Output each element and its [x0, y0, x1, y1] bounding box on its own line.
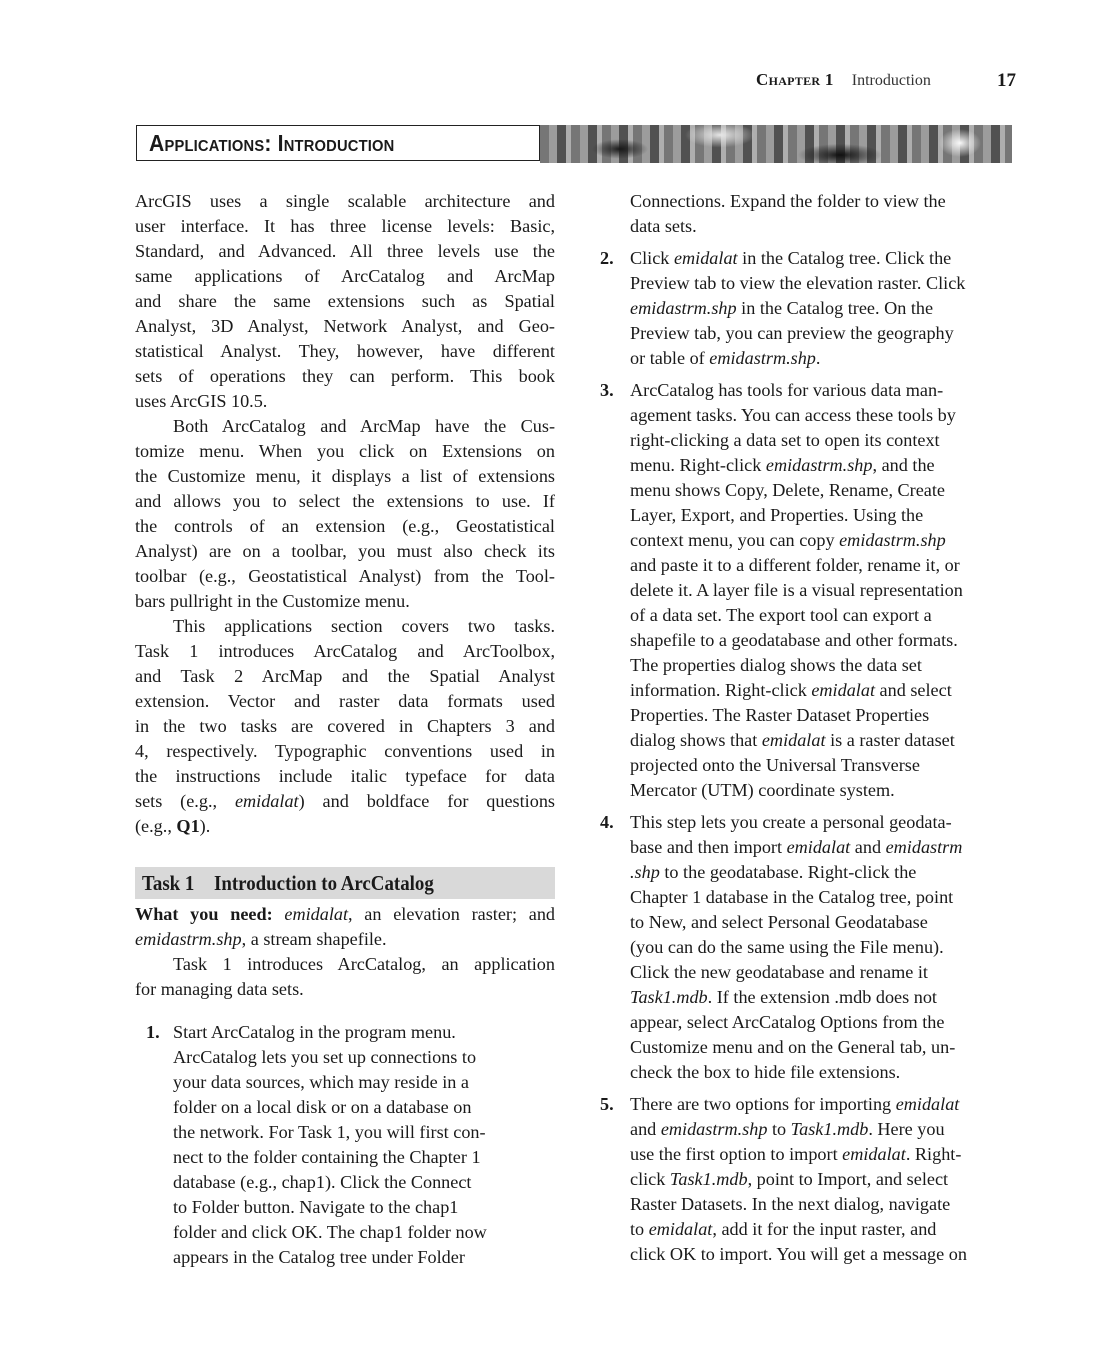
text-line: Properties. The Raster Dataset Propertie…	[630, 703, 1008, 728]
text-line: and Task 2 ArcMap and the Spatial Analys…	[135, 664, 555, 689]
text-line: Both ArcCatalog and ArcMap have the Cus-	[135, 414, 555, 439]
task-header: Task 1 Introduction to ArcCatalog	[135, 867, 555, 899]
text-line: There are two options for importing emid…	[630, 1092, 1008, 1117]
text-line: Layer, Export, and Properties. Using the	[630, 503, 1008, 528]
steps-list: 1. Start ArcCatalog in the program menu.…	[135, 1020, 555, 1270]
text-line: check the box to hide file extensions.	[630, 1060, 1008, 1085]
running-head-title: Introduction	[852, 72, 931, 90]
text-line: agement tasks. You can access these tool…	[630, 403, 1008, 428]
intro-paragraph-3: This applications section covers two tas…	[135, 614, 555, 839]
text-line: projected onto the Universal Transverse	[630, 753, 1008, 778]
need-label: What you need:	[135, 904, 273, 924]
step-body: This step lets you create a personal geo…	[630, 810, 1008, 1085]
text: to	[630, 1219, 649, 1239]
text: , add it for the input raster, and	[712, 1219, 936, 1239]
text-line: Analyst) are on a toolbar, you must also…	[135, 539, 555, 564]
text: . Here you	[868, 1119, 944, 1139]
text-line: delete it. A layer file is a visual repr…	[630, 578, 1008, 603]
running-head-chapter: Chapter 1	[756, 70, 834, 90]
text-line: and share the same extensions such as Sp…	[135, 289, 555, 314]
right-column: Connections. Expand the folder to view t…	[600, 189, 1008, 1274]
task-intro: Task 1 introduces ArcCatalog, an applica…	[135, 952, 555, 1002]
text-line: Connections. Expand the folder to view t…	[630, 189, 1008, 214]
text-line: Customize menu and on the General tab, u…	[630, 1035, 1008, 1060]
text-line: dialog shows that emidalat is a raster d…	[630, 728, 1008, 753]
text-line: to Folder button. Navigate to the chap1	[173, 1195, 555, 1220]
step-1-continued: Connections. Expand the folder to view t…	[600, 189, 1008, 239]
text-line: ArcCatalog lets you set up connections t…	[173, 1045, 555, 1070]
text-line: the network. For Task 1, you will first …	[173, 1120, 555, 1145]
text-line: click Task1.mdb, point to Import, and se…	[630, 1167, 1008, 1192]
text: in the Catalog tree. Click the	[738, 248, 952, 268]
text-line: folder on a local disk or on a database …	[173, 1095, 555, 1120]
dataset-name: .shp	[630, 862, 660, 882]
text-line: Click the new geodatabase and rename it	[630, 960, 1008, 985]
text: in the Catalog tree. On the	[737, 298, 933, 318]
text: . Right-	[906, 1144, 962, 1164]
text: . If the extension .mdb does not	[708, 987, 937, 1007]
text-line: menu. Right-click emidastrm.shp, and the	[630, 453, 1008, 478]
text: There are two options for importing	[630, 1094, 896, 1114]
intro-paragraph-2: Both ArcCatalog and ArcMap have the Cus-…	[135, 414, 555, 614]
text-line: base and then import emidalat and emidas…	[630, 835, 1008, 860]
text-line: Chapter 1 database in the Catalog tree, …	[630, 885, 1008, 910]
text-line: ArcCatalog has tools for various data ma…	[630, 378, 1008, 403]
text: , an elevation raster; and	[348, 904, 555, 924]
section-title: Applications: Introduction	[149, 130, 394, 157]
dataset-name: emidalat	[649, 1219, 713, 1239]
step-number: 4.	[600, 810, 630, 1085]
text-line: Mercator (UTM) coordinate system.	[630, 778, 1008, 803]
text-line: click OK to import. You will get a messa…	[630, 1242, 1008, 1267]
text-line: Preview tab to view the elevation raster…	[630, 271, 1008, 296]
text-line: (e.g., Q1).	[135, 814, 555, 839]
text-line: Standard, and Advanced. All three levels…	[135, 239, 555, 264]
text-line: or table of emidastrm.shp.	[630, 346, 1008, 371]
text: is a raster dataset	[826, 730, 955, 750]
text-line: and paste it to a different folder, rena…	[630, 553, 1008, 578]
question-label: Q1	[176, 816, 199, 836]
text: and	[850, 837, 885, 857]
step-number: 1.	[135, 1020, 173, 1270]
text-line: for managing data sets.	[135, 977, 555, 1002]
text: , and the	[872, 455, 934, 475]
dataset-name: emidastrm.shp	[709, 348, 816, 368]
text-line: What you need: emidalat, an elevation ra…	[135, 902, 555, 927]
section-banner-box: Applications: Introduction	[136, 125, 540, 161]
banner-decorative-image	[540, 125, 1012, 163]
text: (e.g.,	[135, 816, 176, 836]
text-line: uses ArcGIS 10.5.	[135, 389, 555, 414]
step-body: Click emidalat in the Catalog tree. Clic…	[630, 246, 1008, 371]
step-body: ArcCatalog has tools for various data ma…	[630, 378, 1008, 803]
text-line: ArcGIS uses a single scalable architectu…	[135, 189, 555, 214]
text-line: extension. Vector and raster data format…	[135, 689, 555, 714]
text-line: same applications of ArcCatalog and ArcM…	[135, 264, 555, 289]
text: , point to Import, and select	[748, 1169, 949, 1189]
text: click	[630, 1169, 670, 1189]
text-line: data sets.	[630, 214, 1008, 239]
section-banner: Applications: Introduction	[136, 125, 1012, 163]
dataset-name: emidalat	[762, 730, 826, 750]
text: use the first option to import	[630, 1144, 842, 1164]
text-line: Raster Datasets. In the next dialog, nav…	[630, 1192, 1008, 1217]
text-line: and allows you to select the extensions …	[135, 489, 555, 514]
text: .	[816, 348, 821, 368]
text-line: use the first option to import emidalat.…	[630, 1142, 1008, 1167]
dataset-name: emidastrm.shp	[661, 1119, 768, 1139]
dataset-name: Task1.mdb	[630, 987, 708, 1007]
text: or table of	[630, 348, 709, 368]
text-line: emidastrm.shp in the Catalog tree. On th…	[630, 296, 1008, 321]
text-line: nect to the folder containing the Chapte…	[173, 1145, 555, 1170]
text: and select	[875, 680, 952, 700]
step-4: 4. This step lets you create a personal …	[600, 810, 1008, 1085]
dataset-name: emidastrm.shp	[135, 929, 242, 949]
text-line: menu shows Copy, Delete, Rename, Create	[630, 478, 1008, 503]
dataset-name: emidalat	[842, 1144, 906, 1164]
text-line: sets (e.g., emidalat) and boldface for q…	[135, 789, 555, 814]
text-line: (you can do the same using the File menu…	[630, 935, 1008, 960]
text-line: .shp to the geodatabase. Right-click the	[630, 860, 1008, 885]
step-body: There are two options for importing emid…	[630, 1092, 1008, 1267]
dataset-name: Task1.mdb	[791, 1119, 869, 1139]
dataset-name: emidalat	[787, 837, 851, 857]
text-line: Task 1 introduces ArcCatalog and ArcTool…	[135, 639, 555, 664]
step-1: 1. Start ArcCatalog in the program menu.…	[135, 1020, 555, 1270]
dataset-name: emidastrm.shp	[766, 455, 873, 475]
dataset-name: emidastrm	[886, 837, 963, 857]
text-line: emidastrm.shp, a stream shapefile.	[135, 927, 555, 952]
dataset-name: emidastrm.shp	[630, 298, 737, 318]
text: base and then import	[630, 837, 787, 857]
text: information. Right-click	[630, 680, 811, 700]
text-line: appears in the Catalog tree under Folder	[173, 1245, 555, 1270]
text-line: This step lets you create a personal geo…	[630, 810, 1008, 835]
dataset-name: Task1.mdb	[670, 1169, 748, 1189]
text-line: toolbar (e.g., Geostatistical Analyst) f…	[135, 564, 555, 589]
text-line: shapefile to a geodatabase and other for…	[630, 628, 1008, 653]
running-head: Chapter 1 Introduction 17	[756, 70, 1016, 94]
step-number: 3.	[600, 378, 630, 803]
dataset-name: emidastrm.shp	[839, 530, 946, 550]
text-line: Analyst, 3D Analyst, Network Analyst, an…	[135, 314, 555, 339]
text-line: your data sources, which may reside in a	[173, 1070, 555, 1095]
step-3: 3. ArcCatalog has tools for various data…	[600, 378, 1008, 803]
text: dialog shows that	[630, 730, 762, 750]
text-line: Task 1 introduces ArcCatalog, an applica…	[135, 952, 555, 977]
text-line: bars pullright in the Customize menu.	[135, 589, 555, 614]
text-line: sets of operations they can perform. Thi…	[135, 364, 555, 389]
text: sets (e.g.,	[135, 791, 235, 811]
task-number: Task 1	[142, 871, 194, 896]
text-line: The properties dialog shows the data set	[630, 653, 1008, 678]
dataset-name: emidalat	[235, 791, 299, 811]
text-line: the Customize menu, it displays a list o…	[135, 464, 555, 489]
page-number: 17	[997, 70, 1016, 92]
text-line: folder and click OK. The chap1 folder no…	[173, 1220, 555, 1245]
text-line: right-clicking a data set to open its co…	[630, 428, 1008, 453]
text-line: tomize menu. When you click on Extension…	[135, 439, 555, 464]
text-line: to emidalat, add it for the input raster…	[630, 1217, 1008, 1242]
text-line: appear, select ArcCatalog Options from t…	[630, 1010, 1008, 1035]
step-5: 5. There are two options for importing e…	[600, 1092, 1008, 1267]
text-line: user interface. It has three license lev…	[135, 214, 555, 239]
text-line: Task1.mdb. If the extension .mdb does no…	[630, 985, 1008, 1010]
text-line: database (e.g., chap1). Click the Connec…	[173, 1170, 555, 1195]
text: , a stream shapefile.	[242, 929, 387, 949]
step-number: 5.	[600, 1092, 630, 1267]
text-line: Preview tab, you can preview the geograp…	[630, 321, 1008, 346]
text-line: the instructions include italic typeface…	[135, 764, 555, 789]
task-title: Introduction to ArcCatalog	[214, 871, 434, 896]
left-column: ArcGIS uses a single scalable architectu…	[135, 189, 555, 1277]
text: and	[630, 1119, 661, 1139]
text-line: of a data set. The export tool can expor…	[630, 603, 1008, 628]
what-you-need: What you need: emidalat, an elevation ra…	[135, 902, 555, 952]
dataset-name: emidalat	[811, 680, 875, 700]
text: ).	[200, 816, 211, 836]
text-line: the controls of an extension (e.g., Geos…	[135, 514, 555, 539]
text: ) and boldface for questions	[299, 791, 555, 811]
text: context menu, you can copy	[630, 530, 839, 550]
text: Click	[630, 248, 674, 268]
step-2: 2. Click emidalat in the Catalog tree. C…	[600, 246, 1008, 371]
text: to	[767, 1119, 790, 1139]
text-line: statistical Analyst. They, however, have…	[135, 339, 555, 364]
text-line: context menu, you can copy emidastrm.shp	[630, 528, 1008, 553]
text-line: This applications section covers two tas…	[135, 614, 555, 639]
text-line: in the two tasks are covered in Chapters…	[135, 714, 555, 739]
dataset-name: emidalat	[896, 1094, 960, 1114]
step-body: Start ArcCatalog in the program menu. Ar…	[173, 1020, 555, 1270]
text: menu. Right-click	[630, 455, 766, 475]
step-number: 2.	[600, 246, 630, 371]
text-line: Click emidalat in the Catalog tree. Clic…	[630, 246, 1008, 271]
dataset-name: emidalat	[284, 904, 348, 924]
text-line: to New, and select Personal Geodatabase	[630, 910, 1008, 935]
text: to the geodatabase. Right-click the	[660, 862, 917, 882]
dataset-name: emidalat	[674, 248, 738, 268]
text-line: 4, respectively. Typographic conventions…	[135, 739, 555, 764]
text-line: information. Right-click emidalat and se…	[630, 678, 1008, 703]
text-line: Start ArcCatalog in the program menu.	[173, 1020, 555, 1045]
text-line: and emidastrm.shp to Task1.mdb. Here you	[630, 1117, 1008, 1142]
intro-paragraph-1: ArcGIS uses a single scalable architectu…	[135, 189, 555, 414]
